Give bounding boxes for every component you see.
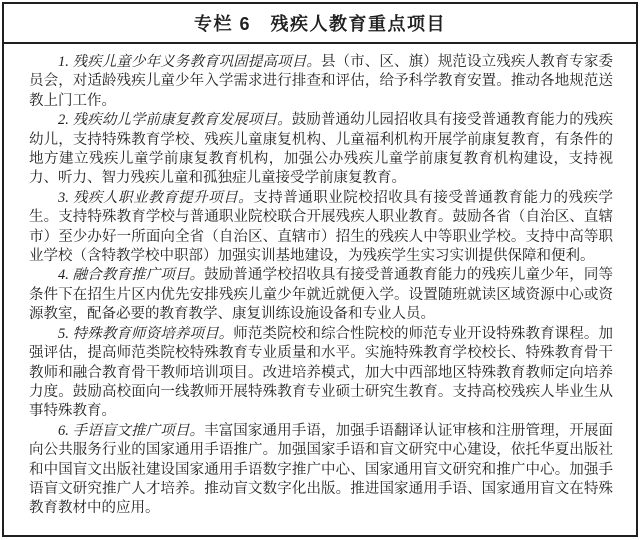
project-name: 2. 残疾幼儿学前康复教育发展项目。: [58, 112, 292, 128]
project-item-1: 1. 残疾儿童少年义务教育巩固提高项目。县（市、区、旗）规范设立残疾人教育专家委…: [29, 53, 613, 111]
project-name: 1. 残疾儿童少年义务教育巩固提高项目。: [58, 54, 321, 70]
column-box: 专栏 6 残疾人教育重点项目 1. 残疾儿童少年义务教育巩固提高项目。县（市、区…: [2, 2, 638, 537]
project-item-2: 2. 残疾幼儿学前康复教育发展项目。鼓励普通幼儿园招收具有接受普通教育能力的残疾…: [29, 111, 613, 189]
project-name: 5. 特殊教育师资培养项目。: [58, 326, 233, 342]
project-item-4: 4. 融合教育推广项目。鼓励普通学校招收具有接受普通教育能力的残疾儿童少年，同等…: [29, 266, 613, 324]
column-title-bar: 专栏 6 残疾人教育重点项目: [4, 4, 636, 44]
project-item-5: 5. 特殊教育师资培养项目。师范类院校和综合性院校的师范专业开设特殊教育课程。加…: [29, 325, 613, 422]
project-item-3: 3. 残疾人职业教育提升项目。支持普通职业院校招收具有接受普通教育能力的残疾学生…: [29, 189, 613, 267]
column-body: 1. 残疾儿童少年义务教育巩固提高项目。县（市、区、旗）规范设立残疾人教育专家委…: [4, 44, 636, 519]
column-title: 专栏 6 残疾人教育重点项目: [194, 10, 446, 36]
project-name: 4. 融合教育推广项目。: [58, 267, 204, 283]
project-item-6: 6. 手语盲文推广项目。丰富国家通用手语，加强手语翻译认证审核和注册管理，开展面…: [29, 422, 613, 519]
project-name: 3. 残疾人职业教育提升项目。: [58, 190, 253, 206]
project-name: 6. 手语盲文推广项目。: [58, 423, 204, 439]
